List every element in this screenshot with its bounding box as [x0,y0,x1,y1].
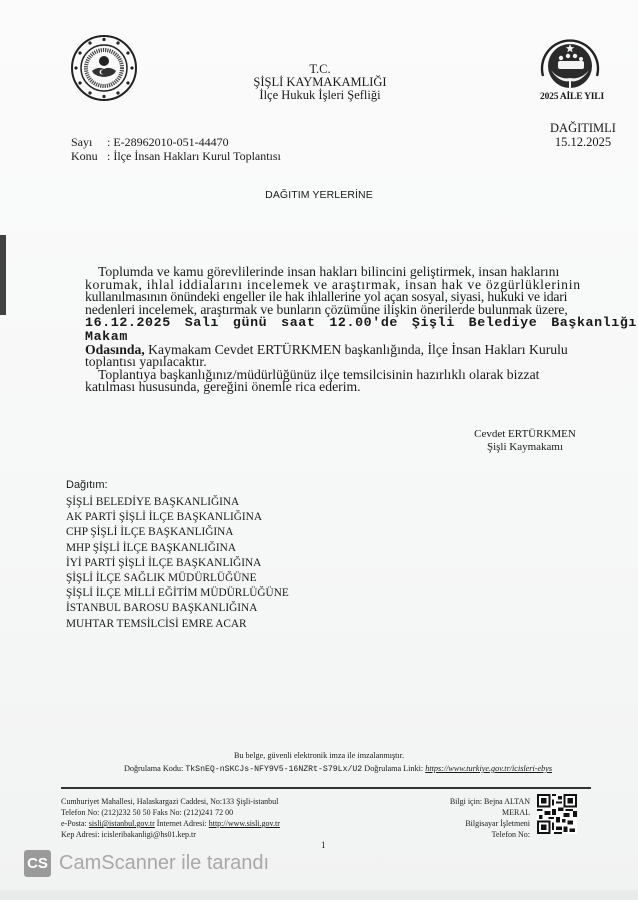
verification-link[interactable]: https://www.turkiye.gov.tr/icisleri-ebys [425,764,552,773]
distribution-item: ŞİŞLİ İLÇE SAĞLIK MÜDÜRLÜĞÜNE [66,571,289,586]
footer-divider [61,787,591,789]
konu-label: Konu [71,149,107,163]
qr-code-icon[interactable] [537,794,577,834]
camscanner-logo-icon: CS [24,850,51,877]
distribution-mark-label: DAĞITIMLI [543,121,623,135]
body-line-bold: 16.12.2025 Salı günü saat 12.00'de Şişli… [85,316,637,343]
distribution-item: İSTANBUL BAROSU BAŞKANLIĞINA [66,601,289,616]
recipient-heading: DAĞITIM YERLERİNE [0,189,638,201]
footer-email-link[interactable]: sisli@istanbul.gov.tr [89,819,155,828]
verification-link-label: Doğrulama Linki: [364,764,423,773]
verification-code: TkSnEQ-nSKCJs-NFY9V5-16NZRt-S79Lx/U2 [185,765,362,774]
konu-value: : İlçe İnsan Hakları Kurul Toplantısı [107,149,281,163]
scan-bottom-edge [0,890,638,900]
contact-info: Bilgi için: Bejna ALTAN MERAL Bilgisayar… [430,796,530,840]
signatory-title: Şişli Kaymakamı [470,441,580,454]
verification-line: Doğrulama Kodu: TkSnEQ-nSKCJs-NFY9V5-16N… [0,764,638,774]
distribution-list: ŞİŞLİ BELEDİYE BAŞKANLIĞINA AK PARTİ ŞİŞ… [66,495,289,632]
institution-header: T.C. ŞİŞLİ KAYMAKAMLIĞI İlçe Hukuk İşler… [240,63,400,102]
konu-row: Konu : İlçe İnsan Hakları Kurul Toplantı… [71,149,281,163]
body-text: Kaymakam Cevdet ERTÜRKMEN başkanlığında,… [145,342,568,357]
email-label: e-Posta: [61,819,87,828]
distribution-mark: DAĞITIMLI 15.12.2025 [543,121,623,149]
e-signature-statement: Bu belge, güvenli elektronik imza ile im… [0,751,638,760]
web-label: İnternet Adresi: [157,819,207,828]
distribution-item: ŞİŞLİ İLÇE MİLLİ EĞİTİM MÜDÜRLÜĞÜNE [66,586,289,601]
meeting-datetime-place: 16.12.2025 Salı günü saat 12.00'de Şişli… [85,315,637,344]
distribution-item: ŞİŞLİ BELEDİYE BAŞKANLIĞINA [66,495,289,510]
footer-kep: Kep Adresi: icisleribakanligi@hs01.kep.t… [61,829,280,840]
footer-web-link[interactable]: http://www.sisli.gov.tr [209,819,280,828]
distribution-item: İYİ PARTİ ŞİŞLİ İLÇE BAŞKANLIĞINA [66,556,289,571]
signatory-name: Cevdet ERTÜRKMEN [470,428,580,441]
page-number: 1 [321,840,326,850]
distribution-label: Dağıtım: [66,479,108,491]
scan-edge-shadow [0,235,6,315]
verification-code-label: Doğrulama Kodu: [124,764,183,773]
distribution-item: MHP ŞİŞLİ İLÇE BAŞKANLIĞINA [66,541,289,556]
footer-email-web: e-Posta: sisli@istanbul.gov.tr İnternet … [61,818,280,829]
state-seal-icon [70,34,138,102]
footer-contact: Cumhuriyet Mahallesi, Halaskargazi Cadde… [61,796,280,840]
document-date: 15.12.2025 [543,135,623,149]
family-year-emblem-icon [537,36,603,98]
footer-address: Cumhuriyet Mahallesi, Halaskargazi Cadde… [61,796,280,807]
sayi-value: : E-28962010-051-44470 [107,135,229,149]
document-page: T.C. ŞİŞLİ KAYMAKAMLIĞI İlçe Hukuk İşler… [0,0,638,900]
document-meta: Sayı : E-28962010-051-44470 Konu : İlçe … [71,135,281,163]
camscanner-text: CamScanner ile tarandı [59,852,269,875]
distribution-item: CHP ŞİŞLİ İLÇE BAŞKANLIĞINA [66,525,289,540]
header-unit: İlçe Hukuk İşleri Şefliği [240,89,400,102]
sayi-row: Sayı : E-28962010-051-44470 [71,135,281,149]
signature-block: Cevdet ERTÜRKMEN Şişli Kaymakamı [470,428,580,454]
distribution-item: MUHTAR TEMSİLCİSİ EMRE ACAR [66,617,289,632]
info-phone: Telefon No: [430,829,530,840]
body-line: katılması hususunda, gereğini önemle ric… [85,381,637,394]
letter-body: Toplumda ve kamu görevlilerinde insan ha… [85,266,637,394]
family-year-label: 2025 AİLE YILI [535,92,609,102]
info-person: Bilgi için: Bejna ALTAN MERAL [430,796,530,818]
info-role: Bilgisayar İşletmeni [430,818,530,829]
camscanner-watermark: CS CamScanner ile tarandı [24,850,269,877]
distribution-item: AK PARTİ ŞİŞLİ İLÇE BAŞKANLIĞINA [66,510,289,525]
footer-phone: Telefon No: (212)232 50 50 Faks No: (212… [61,807,280,818]
sayi-label: Sayı [71,135,107,149]
